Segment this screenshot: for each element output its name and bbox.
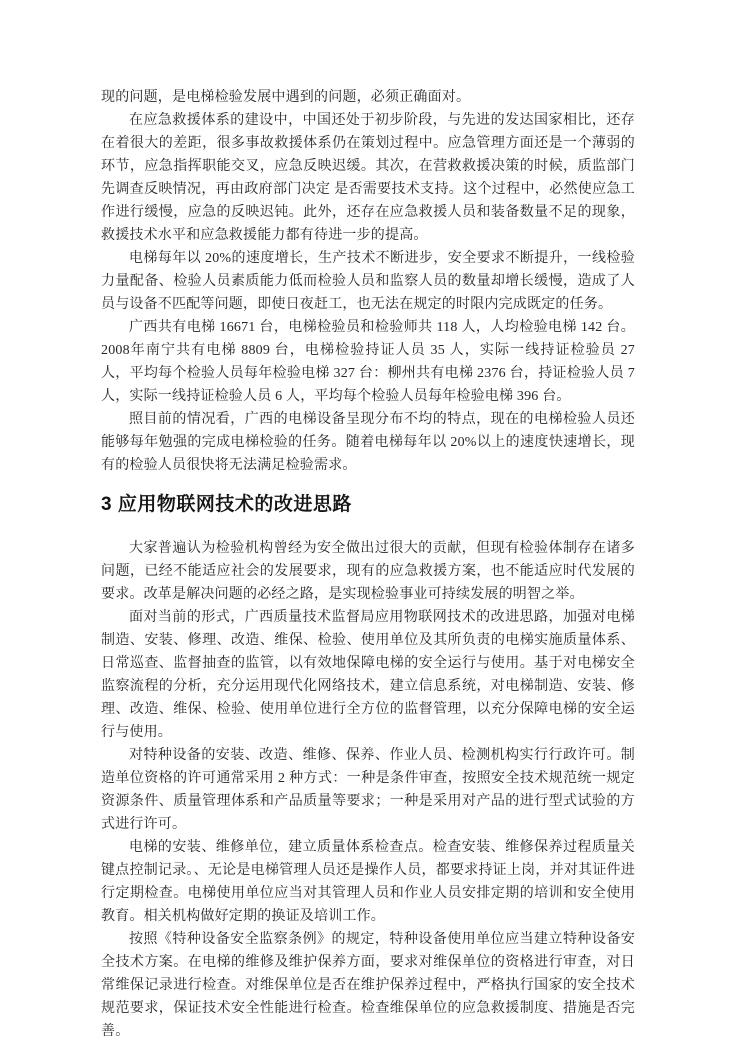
document-content: 现的问题，是电梯检验发展中遇到的问题，必须正确面对。 在应急救援体系的建设中，中… — [101, 86, 635, 1043]
section-heading: 3 应用物联网技术的改进思路 — [101, 492, 635, 518]
paragraph-uneven-distribution: 照目前的情况看，广西的电梯设备呈现分布不均的特点，现在的电梯检验人员还能够每年勉… — [101, 408, 635, 477]
paragraph-reform-necessity: 大家普遍认为检验机构曾经为安全做出过很大的贡献，但现有检验体制存在诸多问题，已经… — [101, 537, 635, 606]
paragraph-emergency-rescue-system: 在应急救援体系的建设中，中国还处于初步阶段，与先进的发达国家相比，还存在着很大的… — [101, 109, 635, 247]
paragraph-special-equipment-regulation: 按照《特种设备安全监察条例》的规定，特种设备使用单位应当建立特种设备安全技术方案… — [101, 928, 635, 1043]
paragraph-continued: 现的问题，是电梯检验发展中遇到的问题，必须正确面对。 — [101, 86, 635, 109]
paragraph-installation-maintenance-units: 电梯的安装、维修单位，建立质量体系检查点。检查安装、维修保养过程质量关键点控制记… — [101, 836, 635, 928]
document-page: 现的问题，是电梯检验发展中遇到的问题，必须正确面对。 在应急救援体系的建设中，中… — [0, 0, 744, 1052]
paragraph-elevator-growth: 电梯每年以 20%的速度增长，生产技术不断进步，安全要求不断提升，一线检验力量配… — [101, 247, 635, 316]
paragraph-administrative-licensing: 对特种设备的安装、改造、维修、保养、作业人员、检测机构实行行政许可。制造单位资格… — [101, 744, 635, 836]
paragraph-iot-improvement-approach: 面对当前的形式，广西质量技术监督局应用物联网技术的改进思路，加强对电梯制造、安装… — [101, 606, 635, 744]
paragraph-guangxi-statistics: 广西共有电梯 16671 台，电梯检验员和检验师共 118 人，人均检验电梯 1… — [101, 316, 635, 408]
